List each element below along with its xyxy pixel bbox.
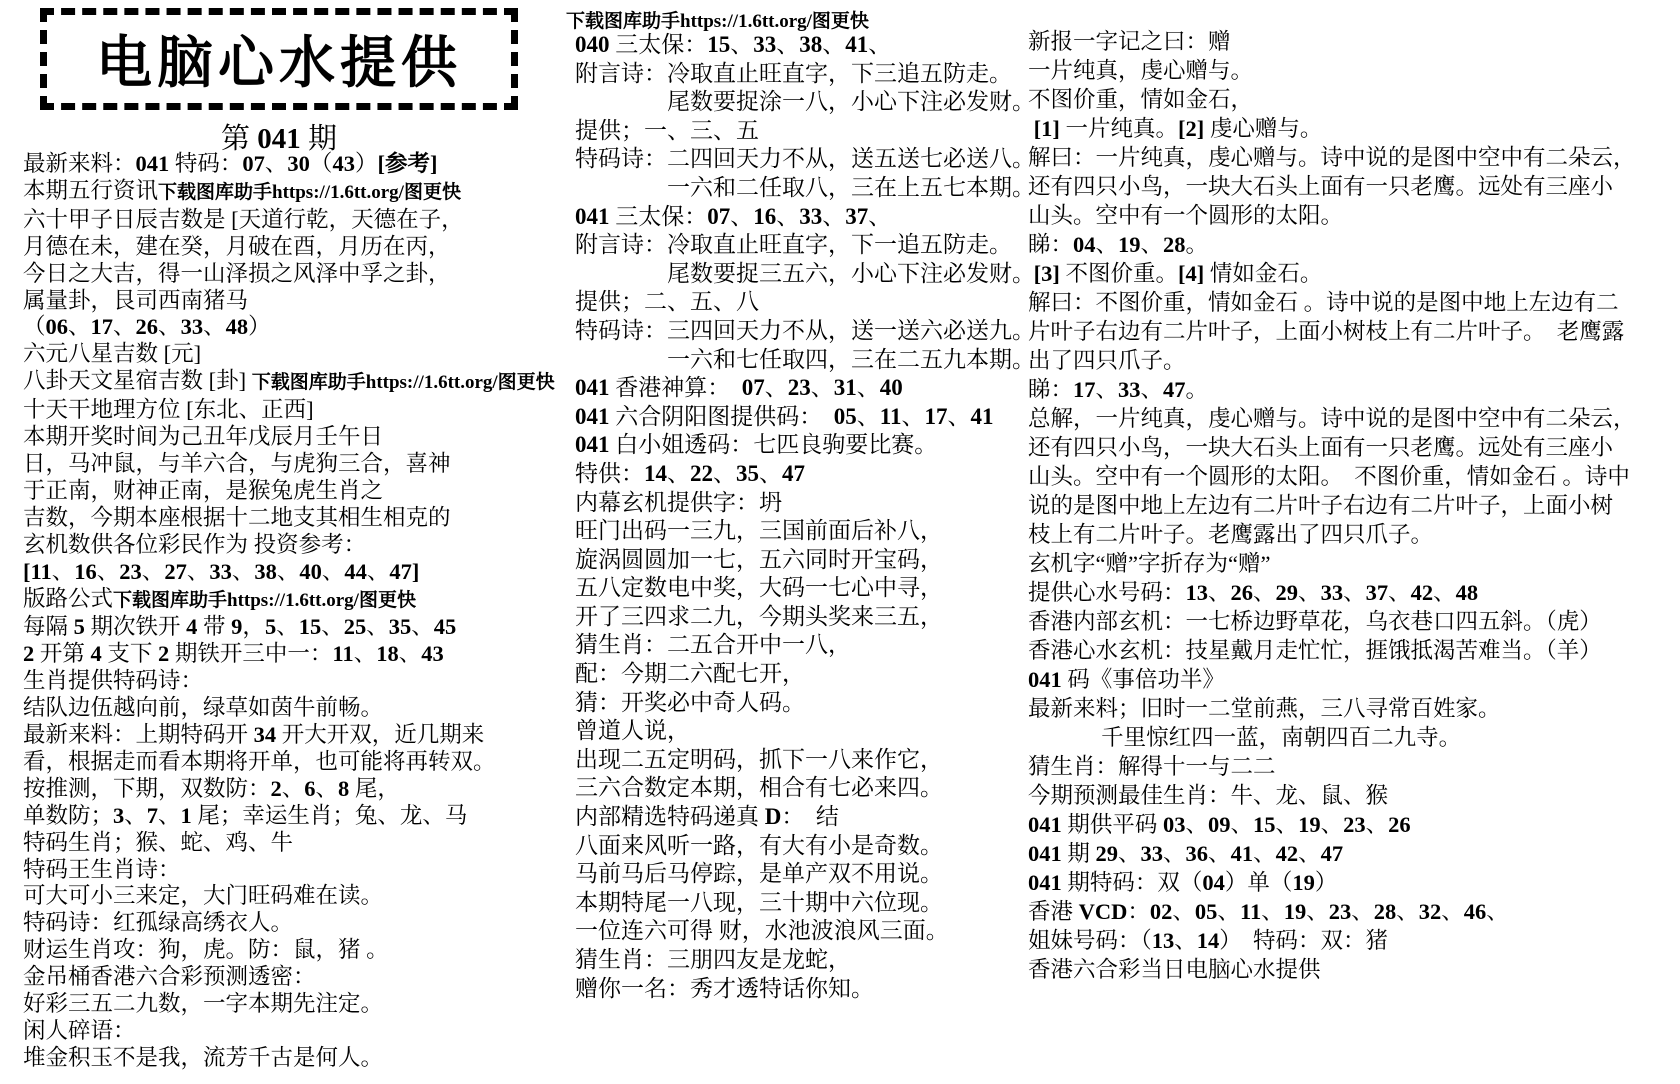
text: 版路公式 (23, 586, 113, 611)
text: 、 (68, 314, 91, 339)
bold-text: 43 (421, 641, 444, 666)
text: 、 (947, 404, 970, 429)
text: 三太保： (610, 32, 708, 57)
text: 说的是图中地上左边有二片叶子右边有二片叶子，上面小树 (1028, 493, 1613, 518)
text: 尾， (349, 776, 400, 801)
text: 不图价重。 (1060, 261, 1178, 286)
text: 、 (411, 614, 434, 639)
text: 八卦天文星宿吉数 [卦] (23, 368, 252, 393)
text: 、 (822, 32, 845, 57)
text-line: 山头。空中有一个圆形的太阳。 不图价重，情如金石 。诗中 (1028, 462, 1636, 491)
bold-text: 14 (644, 461, 667, 486)
masthead-box: 电脑心水提供 (40, 8, 518, 110)
text: 猜生肖：三朋四友是龙蛇， (575, 947, 851, 972)
bold-text: 28 (1163, 232, 1186, 257)
text: 、 (52, 559, 75, 584)
text: 六十甲子日辰吉数是 [天道行乾，天德在子， (23, 207, 464, 232)
text-line: 附言诗：冷取直止旺直字，下一追五防走。 (575, 231, 1035, 260)
text: 、 (282, 776, 305, 801)
text: 期 (1062, 841, 1096, 866)
text: 三六合数定本期，相合有七必来四。 (575, 775, 943, 800)
text-line: 尾数要捉三五六，小心下注必发财。 (575, 260, 1035, 289)
text: 、 (1433, 580, 1456, 605)
text-line: 2 开第 4 支下 2 期铁开三中一：11、18、43 (23, 641, 555, 668)
bold-text: 15 (1253, 812, 1276, 837)
bold-text: 041 (575, 432, 610, 457)
bold-text: D (765, 804, 782, 829)
text: 今日之大吉，得一山泽损之风泽中孚之卦， (23, 261, 451, 286)
bold-text: 18 (376, 641, 399, 666)
bold-text: 42 (1276, 841, 1299, 866)
text: 、 (868, 204, 891, 229)
text-line: 五八定数电中奖，大码一七心中寻， (575, 574, 1035, 603)
text: 期供平码 (1062, 812, 1163, 837)
bold-text: 5 (265, 614, 276, 639)
text: 、 (158, 803, 181, 828)
bold-text: 041 (575, 375, 610, 400)
text: 最新来料；旧时一二堂前燕，三八寻常百姓家。 (1028, 696, 1501, 721)
bold-text: 07 (242, 151, 265, 176)
text: 猜生肖：二五合开中一八， (575, 632, 851, 657)
bold-text: 13 (1186, 580, 1209, 605)
text: 还有四只小鸟，一块大石头上面有一只老鹰。远处有三座小 (1028, 174, 1613, 199)
text-line: 玄机数供各位彩民作为 投资参考： (23, 532, 555, 559)
text-line: 特码诗：三四回天力不从，送一送六必送九。 (575, 317, 1035, 346)
text: ）单（ (1225, 870, 1293, 895)
text: 新报一字记之曰：赠 (1028, 29, 1231, 54)
bold-text: 04 (1202, 870, 1225, 895)
text: 本期开奖时间为己丑年戊辰月壬午日 (23, 424, 383, 449)
text: ， (242, 614, 265, 639)
text: 按推测，下期，双数防： (23, 776, 271, 801)
text: 总解，一片纯真，虔心赠与。诗中说的是图中空中有二朵云， (1028, 406, 1636, 431)
text: 解曰：不图价重，情如金石 。诗中说的是图中地上左边有二 (1028, 290, 1619, 315)
text: 。 (1186, 377, 1209, 402)
text-line: 金吊桶香港六合彩预测透密： (23, 964, 555, 991)
bold-text: 26 (1231, 580, 1254, 605)
bold-text: 30 (287, 151, 310, 176)
text-line: 特码王生肖诗： (23, 857, 555, 884)
text: ） 特码：双：猪 (1219, 928, 1388, 953)
bold-text: 16 (753, 204, 776, 229)
text: 开第 (34, 641, 90, 666)
text-line: 好彩三五二九数，一字本期先注定。 (23, 991, 555, 1018)
text: 本期特尾一八现，三十期中六位现。 (575, 890, 943, 915)
text: （ (310, 151, 333, 176)
text-line: 曾道人说， (575, 717, 1035, 746)
bold-text: 11 (332, 641, 353, 666)
bold-text: [参考] (377, 151, 437, 176)
bold-text: 47] (389, 559, 419, 584)
text: 特码王生肖诗： (23, 857, 181, 882)
text-line: [1] 一片纯真。[2] 虔心赠与。 (1028, 114, 1636, 143)
text: 虔心赠与。 (1204, 116, 1322, 141)
text: 附言诗：冷取直止旺直字，下三追五防走。 (575, 61, 1012, 86)
text: ） (355, 151, 378, 176)
lottery-tip-sheet: 电脑心水提供 第 041 期 下载图库助手https://1.6tt.org/图… (0, 0, 1680, 1084)
text: 、 (1174, 928, 1197, 953)
text: 单数防； (23, 803, 113, 828)
text-line: 出现二五定明码，抓下一八来作它， (575, 746, 1035, 775)
text: 赠你一名：秀才透特话你知。 (575, 976, 874, 1001)
text-line: 特码诗：红孤绿高绣衣人。 (23, 910, 555, 937)
text: 、 (399, 641, 422, 666)
text: 、 (1208, 580, 1231, 605)
text-line: 香港六合彩当日电脑心水提供 (1028, 955, 1636, 984)
bold-text: [1] (1034, 116, 1060, 141)
bold-text: 17 (924, 404, 947, 429)
text: 提供；一、三、五 (575, 118, 759, 143)
text: 、 (1366, 812, 1389, 837)
bold-text: 2 (23, 641, 34, 666)
text: 香港内部玄机：一七桥边野草花，乌衣巷口四五斜。（虎） (1028, 609, 1602, 634)
bold-text: 41 (970, 404, 993, 429)
text-line: 可大可小三来定，大门旺码难在读。 (23, 883, 555, 910)
text: 特码诗：二四回天力不从，送五送七必送八。 (575, 146, 1035, 171)
text: 吉数，今期本座根据十二地支其相生相克的 (23, 505, 451, 530)
text: 于正南，财神正南，是猴兔虎生肖之 (23, 478, 383, 503)
bold-text: 36 (1186, 841, 1209, 866)
bold-text: 06 (46, 314, 69, 339)
text: 、 (1298, 580, 1321, 605)
text: （ (23, 314, 46, 339)
text: 睇： (1028, 377, 1073, 402)
text-line: 还有四只小鸟，一块大石头上面有一只老鹰。远处有三座小 (1028, 172, 1636, 201)
text: 月德在未，建在癸，月破在酉，月历在丙， (23, 234, 451, 259)
text-line: 八卦天文星宿吉数 [卦] 下载图库助手https://1.6tt.org/图更快 (23, 368, 555, 397)
bold-text: 6 (304, 776, 315, 801)
text: 、 (1253, 580, 1276, 605)
bold-text: 32 (1419, 899, 1442, 924)
text-line: 最新来料：上期特码开 34 开大开双，近几期来 (23, 722, 555, 749)
text-line: 出了四只爪子。 (1028, 346, 1636, 375)
text: 十天干地理方位 [东北、正西] (23, 397, 314, 422)
bold-text: 37 (845, 204, 868, 229)
left-column: 最新来料：041 特码：07、30（43）[参考]本期五行资讯下载图库助手htt… (23, 151, 555, 1072)
text: 带 (197, 614, 231, 639)
text: 一片纯真，虔心赠与。 (1028, 58, 1253, 83)
text-line: 猜：开奖必中奇人码。 (575, 689, 1035, 718)
text-line: 香港内部玄机：一七桥边野草花，乌衣巷口四五斜。（虎） (1028, 607, 1636, 636)
text-line: 玄机字“赠”字折存为“赠” (1028, 549, 1636, 578)
text: 、 (142, 559, 165, 584)
bold-text: 40 (880, 375, 903, 400)
text: 、 (1096, 377, 1119, 402)
text: 、 (822, 204, 845, 229)
bold-text: 15 (299, 614, 322, 639)
text-line: 堆金积玉不是我，流芳千古是何人。 (23, 1045, 555, 1072)
text: 马前马后马停踪，是单产双不用说。 (575, 861, 943, 886)
text: 开了三四求二九，今期头奖来三五， (575, 604, 943, 629)
text-line: 本期特尾一八现，三十期中六位现。 (575, 889, 1035, 918)
text: 、 (868, 32, 891, 57)
text-line: 赠你一名：秀才透特话你知。 (575, 975, 1035, 1004)
bold-text: 041 (1028, 870, 1062, 895)
text: 解曰：一片纯真，虔心赠与。诗中说的是图中空中有二朵云， (1028, 145, 1636, 170)
text-line: 内幕玄机提供字：坍 (575, 489, 1035, 518)
bold-text: 8 (338, 776, 349, 801)
bold-text: 33 (799, 204, 822, 229)
bold-text: 11 (880, 404, 902, 429)
text-line: 一片纯真，虔心赠与。 (1028, 56, 1636, 85)
bold-text: 19 (1284, 899, 1307, 924)
text: 、 (1441, 899, 1464, 924)
text: 山头。空中有一个圆形的太阳。 (1028, 203, 1343, 228)
bold-text: 33 (209, 559, 232, 584)
text-line: 六十甲子日辰吉数是 [天道行乾，天德在子， (23, 207, 555, 234)
text-line: 提供心水号码：13、26、29、33、37、42、48 (1028, 578, 1636, 607)
text-line: 本期开奖时间为己丑年戊辰月壬午日 (23, 424, 555, 451)
text: 睇： (1028, 232, 1073, 257)
text: 、 (730, 204, 753, 229)
text: 、 (1261, 899, 1284, 924)
right-column: 新报一字记之曰：赠一片纯真，虔心赠与。不图价重，情如金石， [1] 一片纯真。[… (1028, 27, 1636, 984)
text: 码《事倍功半》 (1062, 667, 1225, 692)
text: 提供；二、五、八 (575, 289, 759, 314)
text: ： (1127, 899, 1150, 924)
bold-text: [3] (1034, 261, 1060, 286)
text-line: 解曰：不图价重，情如金石 。诗中说的是图中地上左边有二 (1028, 288, 1636, 317)
text: 白小姐透码：七匹良驹要比赛。 (610, 432, 938, 457)
bold-text: 46 (1464, 899, 1487, 924)
text: 、 (124, 803, 147, 828)
text: 特码生肖；猴、蛇、鸡、牛 (23, 830, 293, 855)
text-line: （06、17、26、33、48） (23, 314, 555, 341)
text-line: 041 六合阴阳图提供码： 05、11、17、41 (575, 403, 1035, 432)
text: ： 结 (781, 804, 839, 829)
bold-text: 45 (434, 614, 457, 639)
text: 猜生肖：解得十一与二二 (1028, 754, 1276, 779)
text: 、 (322, 559, 345, 584)
text: 一六和七任取四，三在二五九本期。 (575, 347, 1035, 372)
bold-text: 35 (389, 614, 412, 639)
text-line: 还有四只小鸟，一块大石头上面有一只老鹰。远处有三座小 (1028, 433, 1636, 462)
text-line: 总解，一片纯真，虔心赠与。诗中说的是图中空中有二朵云， (1028, 404, 1636, 433)
text-line: 生肖提供特码诗： (23, 668, 555, 695)
text: 、 (1172, 899, 1195, 924)
text-line: 最新来料：041 特码：07、30（43）[参考] (23, 151, 555, 178)
text: 、 (158, 314, 181, 339)
text: 、 (354, 641, 377, 666)
bold-text: 23 (119, 559, 142, 584)
bold-text: 25 (344, 614, 367, 639)
text: 下载图库助手https://1.6tt.org/图更快 (566, 11, 869, 32)
text: 期特码：双（ (1062, 870, 1203, 895)
text: 六元八星吉数 [元] (23, 341, 201, 366)
text: 、 (1298, 841, 1321, 866)
text-line: 本期五行资讯下载图库助手https://1.6tt.org/图更快 (23, 178, 555, 207)
text: 姐妹号码：（ (1028, 928, 1152, 953)
text-line: 三六合数定本期，相合有七必来四。 (575, 774, 1035, 803)
bold-text: 38 (799, 32, 822, 57)
text-line: 特供：14、22、35、47 (575, 460, 1035, 489)
text: 香港 (1028, 899, 1079, 924)
text-line: 睇：04、19、28。 (1028, 230, 1636, 259)
text-line: [3] 不图价重。[4] 情如金石。 (1028, 259, 1636, 288)
text-line: 片叶子右边有二片叶子，上面小树枝上有二片叶子。 老鹰露 (1028, 317, 1636, 346)
text-line: 猜生肖：二五合开中一八， (575, 631, 1035, 660)
bold-text: 041 (1028, 841, 1062, 866)
bold-text: 3 (113, 803, 124, 828)
text: 、 (1351, 899, 1374, 924)
bold-text: 041 (1028, 667, 1062, 692)
bold-text: 02 (1150, 899, 1173, 924)
text: 八面来风听一路，有大有小是奇数。 (575, 833, 943, 858)
bold-text: 23 (1329, 899, 1352, 924)
text-line: 香港 VCD：02、05、11、19、23、28、32、46、 (1028, 897, 1636, 926)
text: 期次铁开 (85, 614, 186, 639)
text-line: 提供；一、三、五 (575, 117, 1035, 146)
bold-text: 33 (1321, 580, 1344, 605)
text: 、 (232, 559, 255, 584)
bold-text: [11 (23, 559, 52, 584)
text: 、 (776, 32, 799, 57)
text-line: 解曰：一片纯真，虔心赠与。诗中说的是图中空中有二朵云， (1028, 143, 1636, 172)
text: 玄机字“赠”字折存为“赠” (1028, 551, 1270, 576)
bold-text: 19 (1298, 812, 1321, 837)
bold-text: VCD (1079, 899, 1128, 924)
bold-text: 47 (1321, 841, 1344, 866)
text-line: 猜生肖：解得十一与二二 (1028, 752, 1636, 781)
text: 、 (1141, 377, 1164, 402)
text: 、 (759, 461, 782, 486)
text: 尾数要捉三五六，小心下注必发财。 (575, 261, 1035, 286)
text: 配：今期二六配七开， (575, 661, 805, 686)
text-line: 属量卦，艮司西南猪马 (23, 288, 555, 315)
text: 内幕玄机提供字：坍 (575, 490, 782, 515)
bold-text: 07 (707, 204, 730, 229)
bold-text: 14 (1197, 928, 1220, 953)
bold-text: 41 (1231, 841, 1254, 866)
bold-text: 2 (158, 641, 169, 666)
text-line: 十天干地理方位 [东北、正西] (23, 397, 555, 424)
text-line: 马前马后马停踪，是单产双不用说。 (575, 860, 1035, 889)
text-line: 枝上有二片叶子。老鹰露出了四只爪子。 (1028, 520, 1636, 549)
bold-text: 041 (1028, 812, 1062, 837)
text: 、 (765, 375, 788, 400)
text-line: 单数防；3、7、1 尾；幸运生肖；兔、龙、马 (23, 803, 555, 830)
text-line: 内部精选特码递真 D： 结 (575, 803, 1035, 832)
text: ） (1315, 870, 1338, 895)
text: 属量卦，艮司西南猪马 (23, 288, 248, 313)
bold-text: 27 (164, 559, 187, 584)
text-line: 一位连六可得 财，水池波浪风三面。 (575, 917, 1035, 946)
text: 看，根据走而看本期将开单，也可能将再转双。 (23, 749, 496, 774)
text: 、 (1186, 812, 1209, 837)
text: 千里惊红四一蓝，南朝四百二九寺。 (1028, 725, 1461, 750)
text: 附言诗：冷取直止旺直字，下一追五防走。 (575, 232, 1012, 257)
text: 每隔 (23, 614, 74, 639)
bold-text: 42 (1411, 580, 1434, 605)
bold-text: 48 (1456, 580, 1479, 605)
text: 堆金积玉不是我，流芳千古是何人。 (23, 1045, 383, 1070)
text-line: 041 三太保：07、16、33、37、 (575, 203, 1035, 232)
bold-text: 7 (147, 803, 158, 828)
text-line: 041 期 29、33、36、41、42、47 (1028, 839, 1636, 868)
text-line: 闲人碎语： (23, 1018, 555, 1045)
download-helper-url: 下载图库助手https://1.6tt.org/图更快 (566, 6, 869, 33)
text-line: 看，根据走而看本期将开单，也可能将再转双。 (23, 749, 555, 776)
bold-text: 17 (91, 314, 114, 339)
bold-text: 31 (834, 375, 857, 400)
text: 、 (316, 776, 339, 801)
bold-text: 09 (1208, 812, 1231, 837)
text-line: 不图价重，情如金石， (1028, 85, 1636, 114)
text-line: 结队边伍越向前，绿草如茵牛前畅。 (23, 695, 555, 722)
text: 期铁开三中一： (169, 641, 332, 666)
text: ） (248, 314, 271, 339)
bold-text: 29 (1096, 841, 1119, 866)
text: 特码诗：三四回天力不从，送一送六必送九。 (575, 318, 1035, 343)
bold-text: 44 (344, 559, 367, 584)
bold-text: 041 (575, 204, 610, 229)
text-line: 一六和七任取四，三在二五九本期。 (575, 346, 1035, 375)
text-line: 附言诗：冷取直止旺直字，下三追五防走。 (575, 60, 1035, 89)
text-line: 今日之大吉，得一山泽损之风泽中孚之卦， (23, 261, 555, 288)
bold-text: 05 (1195, 899, 1218, 924)
text: 日，马冲鼠，与羊六合，与虎狗三合，喜神 (23, 451, 451, 476)
text: 本期五行资讯 (23, 178, 158, 203)
text: 、 (901, 404, 924, 429)
bold-text: 33 (1141, 841, 1164, 866)
text-line: 041 码《事倍功半》 (1028, 665, 1636, 694)
bold-text: 33 (753, 32, 776, 57)
text-line: 旋涡圆圆加一七，五六同时开宝码， (575, 546, 1035, 575)
text: 、 (811, 375, 834, 400)
bold-text: 9 (231, 614, 242, 639)
text: 、 (265, 151, 288, 176)
text: 、 (667, 461, 690, 486)
text: 不图价重，情如金石， (1028, 87, 1253, 112)
bold-text: 26 (136, 314, 159, 339)
bold-text: 47 (1163, 377, 1186, 402)
text-line: 新报一字记之曰：赠 (1028, 27, 1636, 56)
bold-text: 040 (575, 32, 610, 57)
bold-text: 41 (845, 32, 868, 57)
text: 、 (1118, 841, 1141, 866)
text: 出了四只爪子。 (1028, 348, 1186, 373)
bold-text: 4 (91, 641, 102, 666)
text: 、 (1141, 232, 1164, 257)
text: 六合阴阳图提供码： (610, 404, 834, 429)
text: 尾数要捉涂一八，小心下注必发财。 (575, 89, 1035, 114)
bold-text: 26 (1388, 812, 1411, 837)
small-bold-url-text: 下载图库助手https://1.6tt.org/图更快 (113, 590, 416, 611)
text: 、 (321, 614, 344, 639)
text: 、 (730, 32, 753, 57)
bold-text: 19 (1292, 870, 1315, 895)
text: 、 (857, 375, 880, 400)
text: 一位连六可得 财，水池波浪风三面。 (575, 918, 949, 943)
bold-text: 23 (788, 375, 811, 400)
text: 财运生肖攻：狗，虎。防：鼠，猪 。 (23, 937, 389, 962)
text: 旺门出码一三九，三国前面后补八， (575, 518, 943, 543)
bold-text: 11 (1240, 899, 1261, 924)
text: 香港神算： (610, 375, 742, 400)
text: 支下 (102, 641, 158, 666)
bold-text: 13 (1152, 928, 1175, 953)
bold-text: 4 (186, 614, 197, 639)
bold-text: 43 (332, 151, 355, 176)
bold-text: 5 (74, 614, 85, 639)
text: 好彩三五二九数，一字本期先注定。 (23, 991, 383, 1016)
text: 提供心水号码： (1028, 580, 1186, 605)
bold-text: 48 (226, 314, 249, 339)
text-line: 040 三太保：15、33、38、41、 (575, 31, 1035, 60)
text: 枝上有二片叶子。老鹰露出了四只爪子。 (1028, 522, 1433, 547)
text-line: 月德在未，建在癸，月破在酉，月历在丙， (23, 234, 555, 261)
text: 尾；幸运生肖；兔、龙、马 (192, 803, 468, 828)
